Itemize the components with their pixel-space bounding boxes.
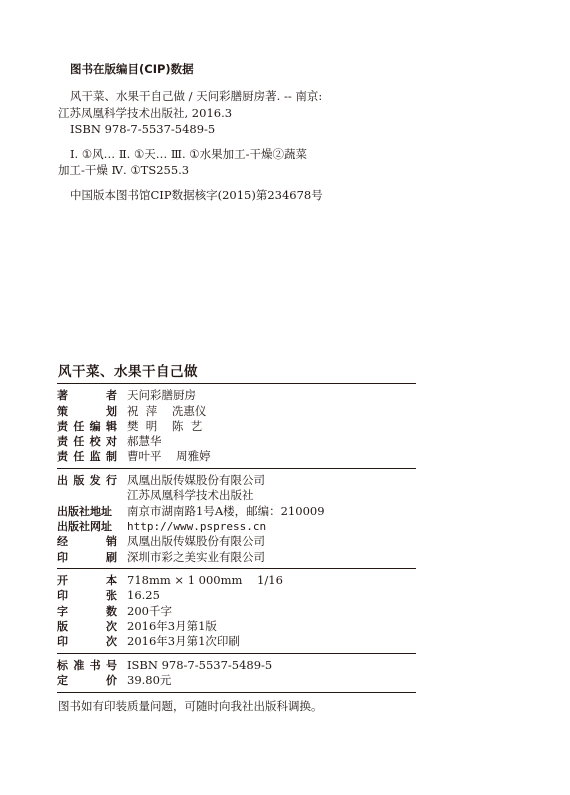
label-char: 经 (57, 534, 68, 549)
label-char: 定 (57, 673, 68, 688)
label-char: 策 (57, 404, 68, 419)
label-char: 监 (90, 449, 101, 464)
row-value: 16.25 (127, 588, 160, 603)
pricing-block: 标准书号ISBN 978-7-5537-5489-5定价39.80元 (57, 654, 416, 692)
cip-line: 风干菜、水果干自己做 / 天问彩膳厨房著. -- 南京: (58, 88, 358, 105)
label-char: 价 (106, 673, 117, 688)
label-char: 书 (90, 658, 101, 673)
label-char: 著 (57, 388, 68, 403)
label-char: 行 (106, 473, 117, 488)
cip-record-number: 中国版本图书馆CIP数据核字(2015)第234678号 (58, 187, 358, 204)
label-char: 版 (73, 473, 84, 488)
label-char: 辑 (106, 419, 117, 434)
row-value: 718mm × 1 000mm 1/16 (127, 573, 283, 588)
label-char: 销 (106, 534, 117, 549)
label-char: 任 (73, 419, 84, 434)
colophon-row: 出版社地址南京市湖南路1号A楼，邮编：210009 (57, 504, 416, 519)
colophon-row: 策划祝 萍 冼惠仪 (57, 404, 416, 419)
label-char: 号 (106, 658, 117, 673)
row-value: 2016年3月第1版 (127, 619, 217, 634)
row-label: 出版发行 (57, 473, 117, 488)
cip-title: 图书在版编目(CIP)数据 (70, 62, 358, 76)
row-label: 印张 (57, 588, 117, 603)
row-value: http://www.pspress.cn (127, 519, 266, 534)
row-value: 200千字 (127, 604, 172, 619)
label-char: 制 (106, 449, 117, 464)
label-char: 刷 (106, 550, 117, 565)
row-value: 凤凰出版传媒股份有限公司 (127, 534, 265, 549)
colophon-row: 定价39.80元 (57, 673, 416, 688)
publishing-block: 出版发行凤凰出版传媒股份有限公司江苏凤凰科学技术出版社出版社地址南京市湖南路1号… (57, 469, 416, 568)
row-value: 天问彩膳厨房 (127, 388, 196, 403)
colophon-row: 出版发行凤凰出版传媒股份有限公司 (57, 473, 416, 488)
row-label: 策划 (57, 404, 117, 419)
credits-block: 著者天问彩膳厨房策划祝 萍 冼惠仪责任编辑樊 明 陈 艺责任校对郝慧华责任监制曹… (57, 384, 416, 467)
cip-line: 江苏凤凰科学技术出版社, 2016.3 (58, 105, 358, 122)
label-char: 划 (106, 404, 117, 419)
quality-notice: 图书如有印装质量问题，可随时向我社出版科调换。 (58, 698, 416, 714)
row-value: 39.80元 (127, 673, 171, 688)
row-value: 深圳市彩之美实业有限公司 (127, 550, 265, 565)
colophon-row: 印张16.25 (57, 588, 416, 603)
row-label: 版次 (57, 619, 117, 634)
row-value: 江苏凤凰科学技术出版社 (127, 488, 254, 503)
row-value: 郝慧华 (127, 434, 162, 449)
label-char: 开 (57, 573, 68, 588)
label-char: 出 (57, 473, 68, 488)
cip-paragraph-subjects: Ⅰ. ①风… Ⅱ. ①天… Ⅲ. ①水果加工-干燥②蔬菜 加工-干燥 Ⅳ. ①T… (58, 146, 358, 179)
specs-block: 开本718mm × 1 000mm 1/16印张16.25字数200千字版次20… (57, 569, 416, 652)
row-label: 责任编辑 (57, 419, 117, 434)
label-char: 责 (57, 419, 68, 434)
label-char: 任 (73, 434, 84, 449)
row-label: 著者 (57, 388, 117, 403)
label-char: 对 (106, 434, 117, 449)
label-char: 张 (106, 588, 117, 603)
colophon-row: 江苏凤凰科学技术出版社 (57, 488, 416, 503)
label-char: 印 (57, 588, 68, 603)
label-char: 者 (106, 388, 117, 403)
label-char: 标 (57, 658, 68, 673)
row-value: 祝 萍 冼惠仪 (127, 404, 206, 419)
colophon-row: 出版社网址http://www.pspress.cn (57, 519, 416, 534)
row-label (57, 488, 117, 503)
row-label: 定价 (57, 673, 117, 688)
label-char: 次 (106, 619, 117, 634)
label-char: 印 (57, 634, 68, 649)
label-char: 版 (57, 619, 68, 634)
row-label: 字数 (57, 604, 117, 619)
colophon-row: 标准书号ISBN 978-7-5537-5489-5 (57, 658, 416, 673)
row-label: 印次 (57, 634, 117, 649)
cip-line: 加工-干燥 Ⅳ. ①TS255.3 (58, 162, 358, 179)
row-value: 南京市湖南路1号A楼，邮编：210009 (127, 504, 325, 519)
colophon-row: 经销凤凰出版传媒股份有限公司 (57, 534, 416, 549)
label-char: 本 (106, 573, 117, 588)
cip-paragraph-bibliographic: 风干菜、水果干自己做 / 天问彩膳厨房著. -- 南京: 江苏凤凰科学技术出版社… (58, 88, 358, 138)
row-label: 印刷 (57, 550, 117, 565)
label-char: 出版社网址 (57, 519, 112, 534)
row-label: 出版社网址 (57, 519, 117, 534)
colophon-row: 责任监制曹叶平 周雅婷 (57, 449, 416, 464)
row-label: 标准书号 (57, 658, 117, 673)
label-char: 责 (57, 449, 68, 464)
label-char: 印 (57, 550, 68, 565)
colophon-row: 版次2016年3月第1版 (57, 619, 416, 634)
row-value: 樊 明 陈 艺 (127, 419, 202, 434)
label-char: 出版社地址 (57, 504, 112, 519)
label-char: 数 (106, 604, 117, 619)
label-char: 次 (106, 634, 117, 649)
row-label: 责任校对 (57, 434, 117, 449)
label-char: 编 (90, 419, 101, 434)
colophon-row: 责任校对郝慧华 (57, 434, 416, 449)
row-value: 凤凰出版传媒股份有限公司 (127, 473, 265, 488)
cip-line: Ⅰ. ①风… Ⅱ. ①天… Ⅲ. ①水果加工-干燥②蔬菜 (58, 146, 358, 163)
label-char: 校 (90, 434, 101, 449)
divider (57, 692, 416, 693)
colophon-row: 字数200千字 (57, 604, 416, 619)
row-label: 出版社地址 (57, 504, 117, 519)
colophon-row: 责任编辑樊 明 陈 艺 (57, 419, 416, 434)
label-char: 任 (73, 449, 84, 464)
label-char: 准 (73, 658, 84, 673)
colophon-row: 印刷深圳市彩之美实业有限公司 (57, 550, 416, 565)
colophon: 风干菜、水果干自己做 著者天问彩膳厨房策划祝 萍 冼惠仪责任编辑樊 明 陈 艺责… (57, 364, 416, 714)
colophon-row: 开本718mm × 1 000mm 1/16 (57, 573, 416, 588)
row-label: 经销 (57, 534, 117, 549)
row-label: 开本 (57, 573, 117, 588)
colophon-row: 印次2016年3月第1次印刷 (57, 634, 416, 649)
label-char: 字 (57, 604, 68, 619)
row-value: ISBN 978-7-5537-5489-5 (127, 658, 272, 673)
cip-line: ISBN 978-7-5537-5489-5 (58, 121, 358, 138)
label-char: 发 (90, 473, 101, 488)
row-value: 2016年3月第1次印刷 (127, 634, 240, 649)
label-char: 责 (57, 434, 68, 449)
cip-data-section: 图书在版编目(CIP)数据 风干菜、水果干自己做 / 天问彩膳厨房著. -- 南… (58, 62, 358, 203)
book-title: 风干菜、水果干自己做 (58, 364, 416, 380)
colophon-row: 著者天问彩膳厨房 (57, 388, 416, 403)
row-value: 曹叶平 周雅婷 (127, 449, 211, 464)
row-label: 责任监制 (57, 449, 117, 464)
